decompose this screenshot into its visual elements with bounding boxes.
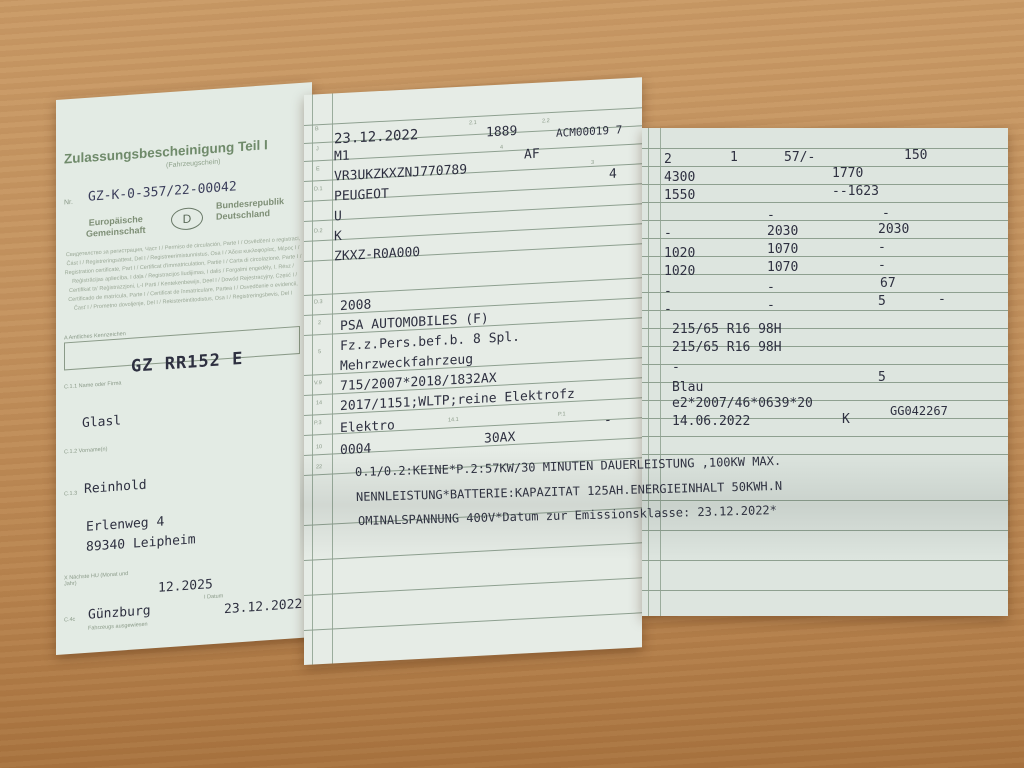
colour-code-value: 5: [878, 370, 886, 385]
field-code-d3: D.3: [314, 299, 323, 305]
standing-s2-value: -: [938, 292, 946, 307]
field-code-j: J: [316, 146, 319, 152]
field-b-value: 23.12.2022: [334, 127, 418, 147]
firstname-code: C.1.3: [64, 491, 77, 498]
axle-load-7-3: -: [878, 240, 886, 255]
next-inspection-date: 12.2025: [158, 577, 213, 596]
field-code-5: 5: [318, 349, 321, 355]
date-label: I Datum: [204, 593, 223, 600]
field-code-v9: V.9: [314, 380, 322, 386]
field-10-value: 0004: [340, 441, 371, 458]
field-code-p1: P.1: [558, 411, 566, 417]
drive-axles-value: 1: [730, 150, 738, 165]
field-code-14: 14: [316, 400, 322, 406]
multilingual-fineprint: Свидетелство за регистрация, Част I / Pe…: [64, 235, 302, 315]
field-code-d1: D.1: [314, 186, 323, 192]
field-code-d2: D.2: [314, 228, 323, 234]
next-inspection-label: X Nächste HU (Monat und Jahr): [64, 571, 134, 588]
field-j-value: M1: [334, 149, 350, 165]
vehicle-data-panel-2: 2 1 57/- 150 4300 1770 1550 --1623 - - -…: [642, 128, 1008, 616]
field-2-2-value: ACM00019 7: [556, 123, 622, 139]
issuer-sub-label: Fahrzeugs ausgewiesen: [88, 622, 148, 632]
trailer-unbraked-value: -: [767, 298, 775, 313]
vin-value: VR3UKZKXZNJ770789: [334, 162, 467, 184]
field-13-value: -: [767, 208, 775, 223]
axle-load-8-2: 1070: [767, 260, 798, 275]
field-code-10: 10: [316, 444, 322, 450]
eu-label: Europäische Gemeinschaft: [86, 214, 146, 240]
field-code-4: 4: [500, 145, 503, 151]
field-4-value: AF: [524, 147, 540, 163]
serial-number-value: GG042267: [890, 404, 948, 418]
colour-value: Blau: [672, 380, 703, 395]
issuer-code: C.4c: [64, 617, 75, 624]
field-code-e: E: [316, 166, 320, 172]
tyre-front-value: 215/65 R16 98H: [672, 322, 782, 337]
k-label: K: [842, 412, 850, 427]
height-value: 1550: [664, 188, 695, 203]
field-q-value: -: [882, 206, 890, 221]
max-mass-f1-value: 2030: [767, 224, 798, 239]
type-approval-value: e2*2007/46*0639*20: [672, 396, 813, 411]
field-code-2-1: 2.1: [469, 120, 477, 126]
manufacturer-value: PSA AUTOMOBILES (F): [340, 311, 489, 334]
model-value: 2008: [340, 297, 371, 314]
length-value: 4300: [664, 170, 695, 185]
issue-date: 23.12.2022: [224, 597, 302, 617]
owner-city: 89340 Leipheim: [86, 532, 196, 555]
field-code-b: B: [315, 126, 319, 132]
surname-label: C.1.1 Name oder Firma: [64, 380, 121, 390]
make-value: PEUGEOT: [334, 187, 389, 205]
axle-load-7-1: 1020: [664, 246, 695, 261]
field-3-value: 4: [609, 167, 617, 182]
vehicle-data-panel-1: B 23.12.2022 2.1 1889 2.2 ACM00019 7 J M…: [304, 77, 642, 665]
first-registration-value: 14.06.2022: [672, 414, 750, 429]
doc-number-label: Nr.: [64, 199, 73, 207]
seats-value: 57/-: [784, 150, 815, 165]
variant-value: K: [334, 229, 342, 244]
max-mass-f2-value: 2030: [878, 222, 909, 237]
tyre-rear-value: 215/65 R16 98H: [672, 340, 782, 355]
field-code-2: 2: [318, 320, 321, 326]
field-code-p3: P.3: [314, 420, 322, 426]
tyre-other-value: -: [672, 360, 680, 375]
field-2-1-value: 1889: [486, 124, 517, 141]
width-value: 1770: [832, 166, 863, 181]
field-code-2-2: 2.2: [542, 118, 550, 124]
noise-level-value: 67: [880, 276, 896, 291]
seats-s1-value: 5: [878, 294, 886, 309]
issuing-authority: Günzburg: [88, 603, 151, 622]
body-type-value: Mehrzweckfahrzeug: [340, 352, 473, 374]
country-code-oval: D: [171, 207, 203, 231]
document-subtitle: (Fahrzeugschein): [166, 158, 220, 169]
fuel-value: Elektro: [340, 418, 395, 436]
type-value: U: [334, 209, 342, 224]
trailer-braked-value: -: [664, 302, 672, 317]
field-u2-value: -: [767, 280, 775, 295]
axle-load-7-2: 1070: [767, 242, 798, 257]
country-label: Bundesrepublik Deutschland: [216, 196, 284, 223]
registration-cover-panel: Zulassungsbescheinigung Teil I (Fahrzeug…: [56, 82, 312, 655]
axle-load-8-3: -: [878, 258, 886, 273]
field-u1-value: -: [664, 284, 672, 299]
firstname-label: C.1.2 Vorname(n): [64, 446, 107, 455]
version-value: ZKXZ-R0A000: [334, 245, 420, 265]
max-speed-value: 150: [904, 148, 927, 163]
vehicle-class-value: Fz.z.Pers.bef.b. 8 Spl.: [340, 330, 520, 354]
field-code-22: 22: [316, 464, 322, 470]
field-code-3: 3: [591, 160, 594, 166]
axles-value: 2: [664, 152, 672, 167]
displacement-value: -: [604, 413, 612, 428]
owner-street: Erlenweg 4: [86, 514, 164, 534]
owner-surname: Glasl: [82, 413, 121, 431]
field-code-14-1: 14.1: [448, 417, 459, 424]
field-14-1-value: 30AX: [484, 430, 515, 447]
empty-mass-value: --1623: [832, 184, 879, 199]
doc-number: GZ-K-0-357/22-00042: [88, 179, 237, 204]
axle-load-8-1: 1020: [664, 264, 695, 279]
field-v7-value: -: [664, 226, 672, 241]
owner-firstname: Reinhold: [84, 478, 147, 497]
emission-class-value: 715/2007*2018/1832AX: [340, 371, 497, 394]
